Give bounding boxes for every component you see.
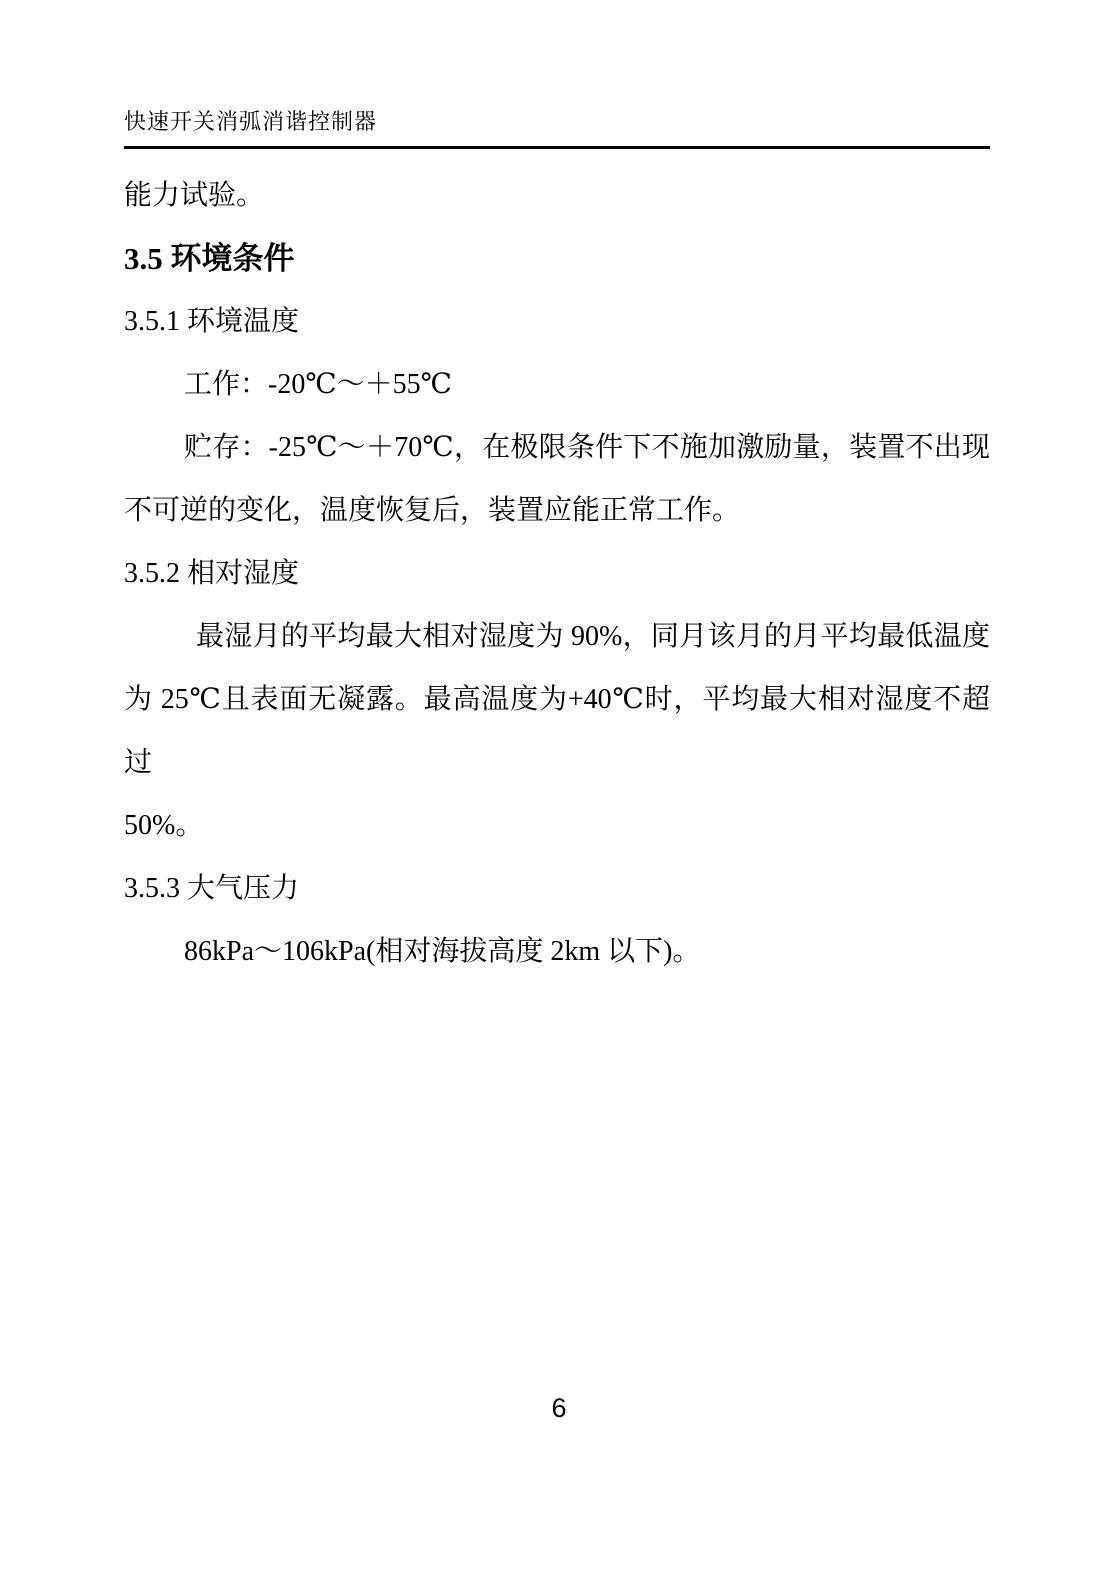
paragraph-line: 不可逆的变化，温度恢复后，装置应能正常工作。	[124, 479, 990, 542]
page-footer: 6	[0, 1392, 1118, 1424]
header-title: 快速开关消弧消谐控制器	[124, 109, 377, 134]
paragraph-line: 工作：-20℃～＋55℃	[124, 353, 990, 416]
paragraph-line: 为 25℃且表面无凝露。最高温度为+40℃时，平均最大相对湿度不超过	[124, 668, 990, 794]
document-body: 能力试验。 3.5 环境条件 3.5.1 环境温度 工作：-20℃～＋55℃ 贮…	[124, 164, 990, 983]
page-header: 快速开关消弧消谐控制器	[124, 109, 990, 149]
subsection-heading: 3.5.3 大气压力	[124, 857, 990, 920]
paragraph-line: 50%。	[124, 794, 990, 857]
paragraph-line: 86kPa～106kPa(相对海拔高度 2km 以下)。	[124, 920, 990, 983]
subsection-heading: 3.5.1 环境温度	[124, 290, 990, 353]
paragraph-line: 能力试验。	[124, 164, 990, 227]
paragraph-line: 贮存：-25℃～＋70℃，在极限条件下不施加激励量，装置不出现	[124, 416, 990, 479]
paragraph-line: 最湿月的平均最大相对湿度为 90%，同月该月的月平均最低温度	[124, 605, 990, 668]
subsection-heading: 3.5.2 相对湿度	[124, 542, 990, 605]
document-page: { "page": { "background_color": "#ffffff…	[0, 0, 1118, 1587]
page-number: 6	[551, 1393, 566, 1423]
section-heading: 3.5 环境条件	[124, 227, 990, 290]
